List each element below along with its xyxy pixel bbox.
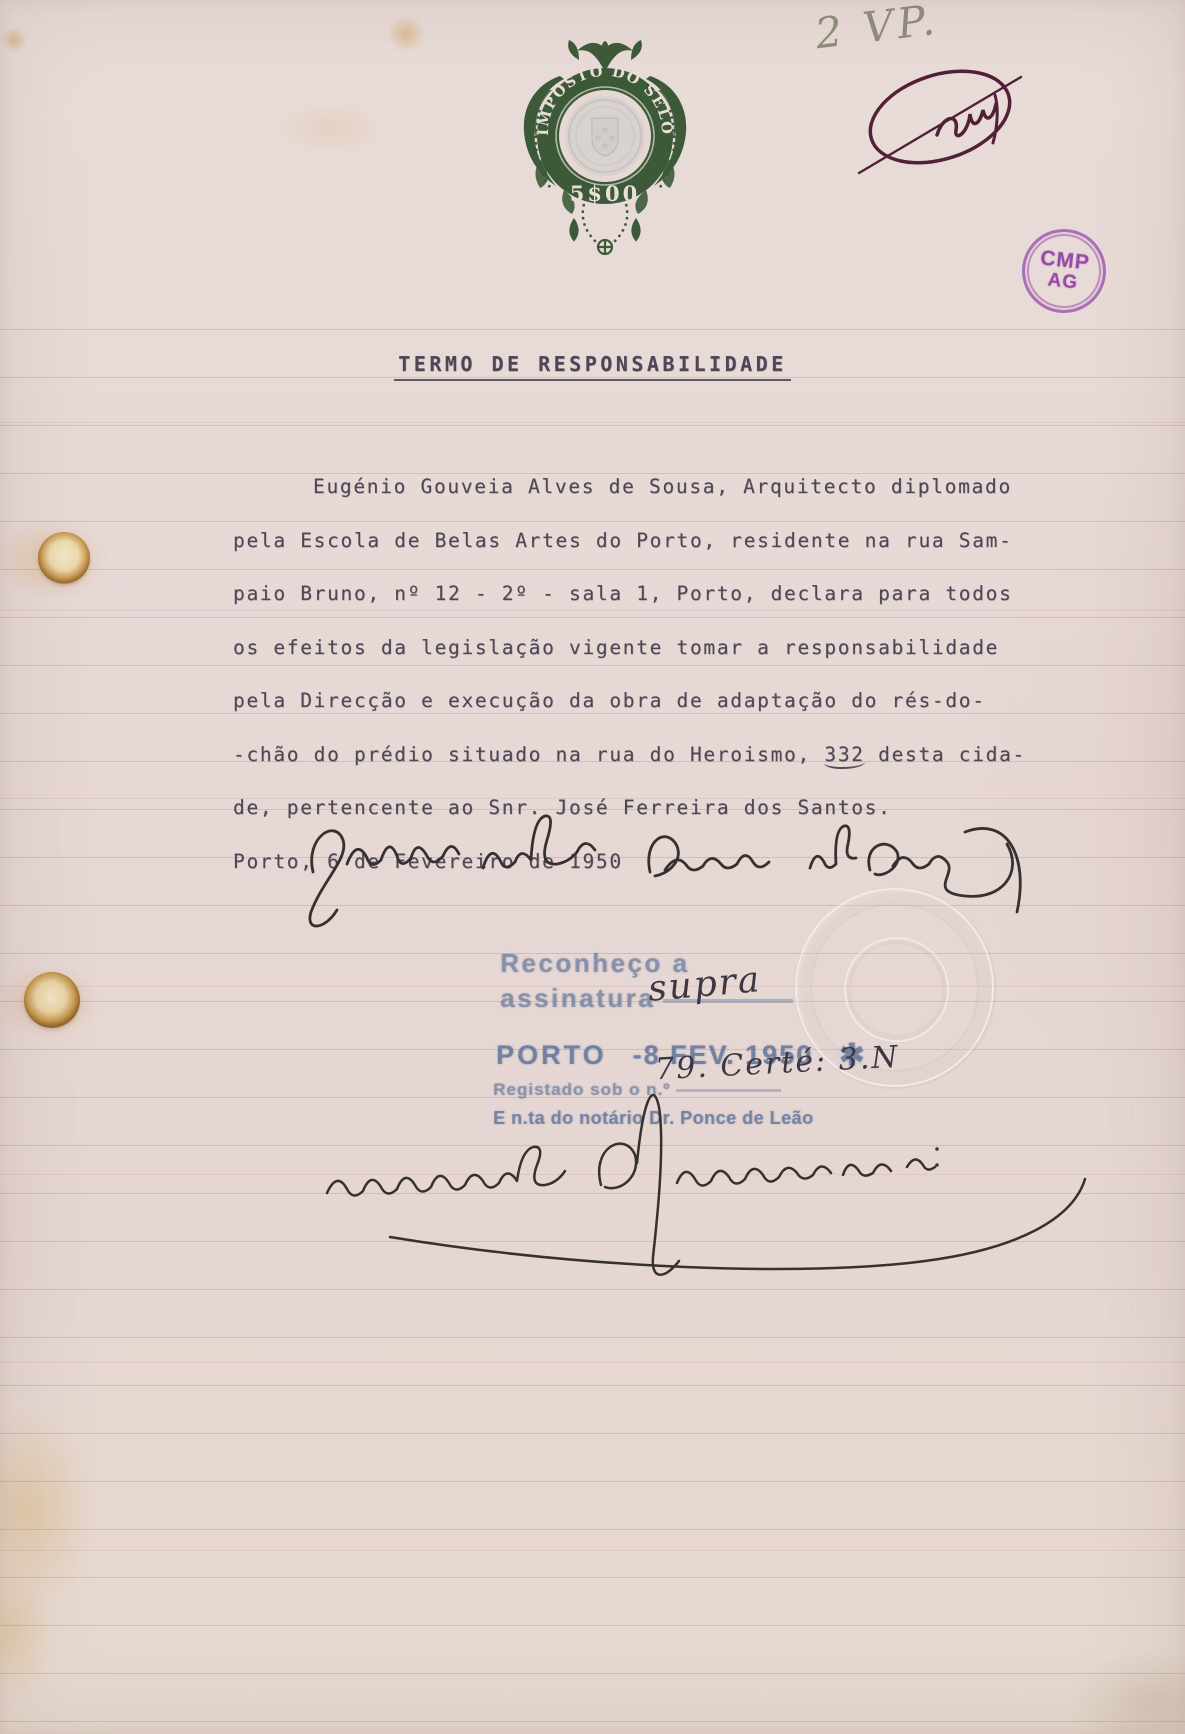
body-line: os efeitos da legislação vigente tomar a… bbox=[233, 621, 1045, 675]
house-number: 332 bbox=[824, 743, 864, 769]
revenue-stamp-emblem: IMPOSTO DO SELO 5$00 bbox=[480, 18, 730, 263]
body-line: pela Direcção e execução da obra de adap… bbox=[233, 674, 1045, 728]
body-line: pela Escola de Belas Artes do Porto, res… bbox=[233, 514, 1045, 568]
circled-ink-mark bbox=[845, 55, 1035, 180]
stamp-pendant bbox=[571, 220, 640, 254]
punch-hole bbox=[24, 972, 80, 1028]
stamp-embossed-coat-of-arms bbox=[565, 96, 645, 176]
punch-hole bbox=[38, 532, 90, 584]
body-line: -chão do prédio situado na rua do Herois… bbox=[233, 728, 1045, 782]
notary-signature bbox=[285, 1035, 1095, 1285]
stamp-value: 5$00 bbox=[570, 181, 640, 206]
pencil-note: 2 VP. bbox=[812, 0, 941, 58]
body-line: Eugénio Gouveia Alves de Sousa, Arquitec… bbox=[233, 460, 1045, 514]
document-title-row: TERMO DE RESPONSABILIDADE bbox=[0, 352, 1185, 381]
archive-stamp: CMP AG bbox=[1018, 225, 1110, 317]
document-page: IMPOSTO DO SELO 5$00 2 VP. CMP AG bbox=[0, 0, 1185, 1734]
body-line: paio Bruno, nº 12 - 2º - sala 1, Porto, … bbox=[233, 567, 1045, 621]
page-title: TERMO DE RESPONSABILIDADE bbox=[394, 352, 791, 381]
archive-stamp-line1: CMP bbox=[1039, 248, 1091, 274]
